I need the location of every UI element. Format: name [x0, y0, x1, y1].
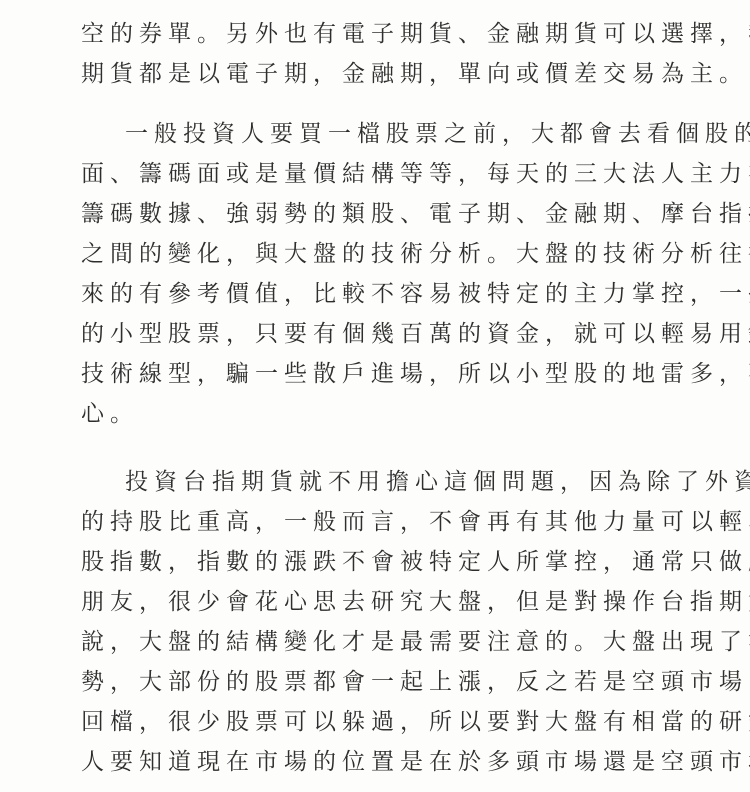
text-line: 勢，大部份的股票都會一起上漲，反之若是空頭市場出現了大 — [81, 667, 750, 697]
text-line: 期貨都是以電子期，金融期，單向或價差交易為主。 — [81, 59, 748, 89]
text-line: 投資台指期貨就不用擔心這個問題，因為除了外資擁有 — [125, 467, 750, 497]
text-line: 說，大盤的結構變化才是最需要注意的。大盤出現了波段的漲 — [81, 627, 750, 657]
text-line: 面、籌碼面或是量價結構等等，每天的三大法人主力在場內的 — [81, 159, 750, 189]
text-line: 來的有參考價值，比較不容易被特定的主力掌控，一些上市櫃 — [81, 279, 750, 309]
text-line: 心。 — [81, 399, 139, 429]
text-line: 技術線型，騙一些散戶進場，所以小型股的地雷多，不得不小 — [81, 359, 750, 389]
text-line: 之間的變化，與大盤的技術分析。大盤的技術分析往往比個股 — [81, 239, 750, 269]
text-line: 籌碼數據、強弱勢的類股、電子期、金融期、摩台指指數價差 — [81, 199, 750, 229]
text-line: 人要知道現在市場的位置是在於多頭市場還是空頭市場，不管 — [81, 747, 750, 777]
text-line: 朋友，很少會花心思去研究大盤，但是對操作台指期貨的人來 — [81, 587, 750, 617]
text-line: 的持股比重高，一般而言，不會再有其他力量可以輕易撼動台 — [81, 507, 750, 537]
document-page: 空的券單。另外也有電子期貨、金融期貨可以選擇，我平常作 期貨都是以電子期，金融期… — [0, 0, 750, 792]
text-line: 股指數，指數的漲跌不會被特定人所掌控，通常只做股票的 — [81, 547, 750, 577]
text-line: 回檔，很少股票可以躲過，所以要對大盤有相當的研究，投資 — [81, 707, 750, 737]
text-line: 空的券單。另外也有電子期貨、金融期貨可以選擇，我平常作 — [81, 19, 750, 49]
text-line: 一般投資人要買一檔股票之前，大都會去看個股的基本 — [125, 119, 750, 149]
text-line: 的小型股票，只要有個幾百萬的資金，就可以輕易用錢去控制 — [81, 319, 750, 349]
